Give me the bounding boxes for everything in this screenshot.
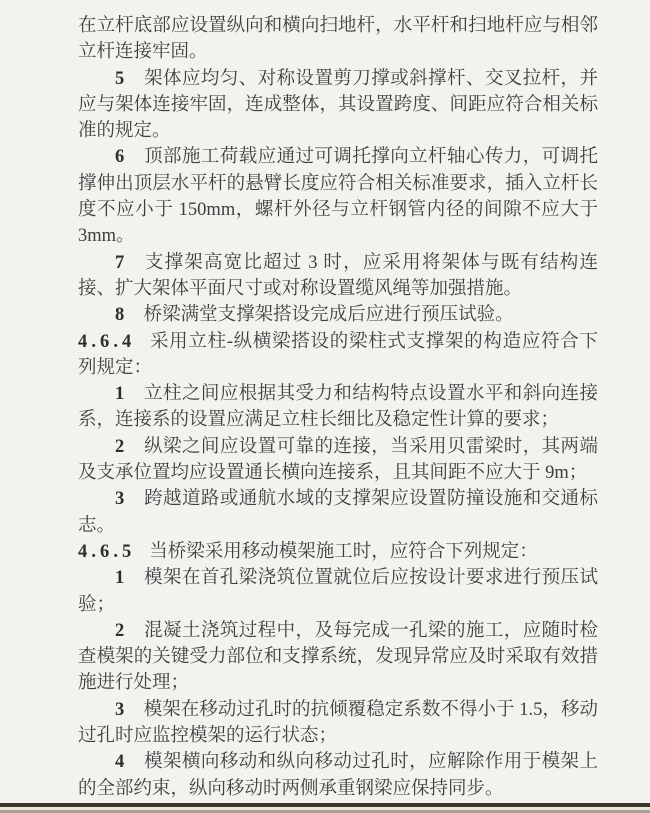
numbered-item: 1立柱之间应根据其受力和结构特点设置水平和斜向连接系，连接系的设置应满足立柱长细…	[78, 381, 598, 434]
numbered-item: 3模架在移动过孔时的抗倾覆稳定系数不得小于 1.5，移动过孔时应监控模架的运行状…	[78, 697, 598, 750]
item-number: 2	[115, 437, 124, 457]
paragraph-text: 模架在移动过孔时的抗倾覆稳定系数不得小于 1.5，移动过孔时应监控模架的运行状态…	[78, 700, 598, 746]
document-page: 在立杆底部应设置纵向和横向扫地杆，水平杆和扫地杆应与相邻立杆连接牢固。5架体应均…	[0, 0, 650, 803]
paragraph-text: 架体应均匀、对称设置剪刀撑或斜撑杆、交叉拉杆，并应与架体连接牢固，连成整体，其设…	[78, 69, 598, 142]
item-number: 2	[115, 621, 124, 641]
paragraph-text: 纵梁之间应设置可靠的连接，当采用贝雷梁时，其两端及支承位置均应设置通长横向连接系…	[78, 437, 598, 483]
clause-paragraph: 4.6.5当桥梁采用移动模架施工时，应符合下列规定：	[78, 539, 598, 565]
numbered-item: 7支撑架高宽比超过 3 时，应采用将架体与既有结构连接、扩大架体平面尺寸或对称设…	[78, 250, 598, 303]
numbered-item: 8桥梁满堂支撑架搭设完成后应进行预压试验。	[78, 302, 598, 328]
paragraph-text: 模架在首孔梁浇筑位置就位后应按设计要求进行预压试验；	[78, 568, 598, 614]
item-number: 1	[115, 384, 124, 404]
item-number: 3	[115, 700, 124, 720]
item-number: 1	[115, 568, 124, 588]
document-body: 在立杆底部应设置纵向和横向扫地杆，水平杆和扫地杆应与相邻立杆连接牢固。5架体应均…	[78, 13, 598, 802]
clause-paragraph: 4.6.4采用立柱-纵横梁搭设的梁柱式支撑架的构造应符合下列规定：	[78, 329, 598, 382]
numbered-item: 3跨越道路或通航水域的支撑架应设置防撞设施和交通标志。	[78, 486, 598, 539]
paragraph-text: 模架横向移动和纵向移动过孔时，应解除作用于模架上的全部约束，纵向移动时两侧承重钢…	[78, 752, 598, 798]
clause-number: 4.6.5	[78, 542, 135, 562]
scanned-document-page: { "colors": { "page_bg": "#f3f2ef", "ink…	[0, 0, 650, 813]
paragraph-text: 混凝土浇筑过程中，及每完成一孔梁的施工，应随时检查模架的关键受力部位和支撑系统，…	[78, 621, 598, 694]
numbered-item: 2纵梁之间应设置可靠的连接，当采用贝雷梁时，其两端及支承位置均应设置通长横向连接…	[78, 434, 598, 487]
item-number: 8	[115, 305, 124, 325]
paragraph-text: 立柱之间应根据其受力和结构特点设置水平和斜向连接系，连接系的设置应满足立柱长细比…	[78, 384, 598, 430]
clause-number: 4.6.4	[78, 332, 135, 352]
numbered-item: 4模架横向移动和纵向移动过孔时，应解除作用于模架上的全部约束，纵向移动时两侧承重…	[78, 749, 598, 802]
item-number: 6	[115, 147, 124, 167]
paragraph-text: 在立杆底部应设置纵向和横向扫地杆，水平杆和扫地杆应与相邻立杆连接牢固。	[78, 16, 598, 62]
paragraph-text: 跨越道路或通航水域的支撑架应设置防撞设施和交通标志。	[78, 489, 598, 535]
numbered-item: 5架体应均匀、对称设置剪刀撑或斜撑杆、交叉拉杆，并应与架体连接牢固，连成整体，其…	[78, 66, 598, 145]
item-number: 4	[115, 752, 124, 772]
item-number: 7	[115, 253, 124, 273]
paragraph-text: 顶部施工荷载应通过可调托撑向立杆轴心传力，可调托撑伸出顶层水平杆的悬臂长度应符合…	[78, 147, 598, 246]
paragraph-text: 采用立柱-纵横梁搭设的梁柱式支撑架的构造应符合下列规定：	[78, 332, 598, 378]
numbered-item: 2混凝土浇筑过程中，及每完成一孔梁的施工，应随时检查模架的关键受力部位和支撑系统…	[78, 618, 598, 697]
paragraph-text: 当桥梁采用移动模架施工时，应符合下列规定：	[149, 542, 538, 562]
paragraph-text: 支撑架高宽比超过 3 时，应采用将架体与既有结构连接、扩大架体平面尺寸或对称设置…	[78, 253, 598, 299]
numbered-item: 6顶部施工荷载应通过可调托撑向立杆轴心传力，可调托撑伸出顶层水平杆的悬臂长度应符…	[78, 144, 598, 249]
item-number: 3	[115, 489, 124, 509]
body-paragraph: 在立杆底部应设置纵向和横向扫地杆，水平杆和扫地杆应与相邻立杆连接牢固。	[78, 13, 598, 66]
item-number: 5	[115, 69, 124, 89]
numbered-item: 1模架在首孔梁浇筑位置就位后应按设计要求进行预压试验；	[78, 565, 598, 618]
paragraph-text: 桥梁满堂支撑架搭设完成后应进行预压试验。	[144, 305, 514, 325]
